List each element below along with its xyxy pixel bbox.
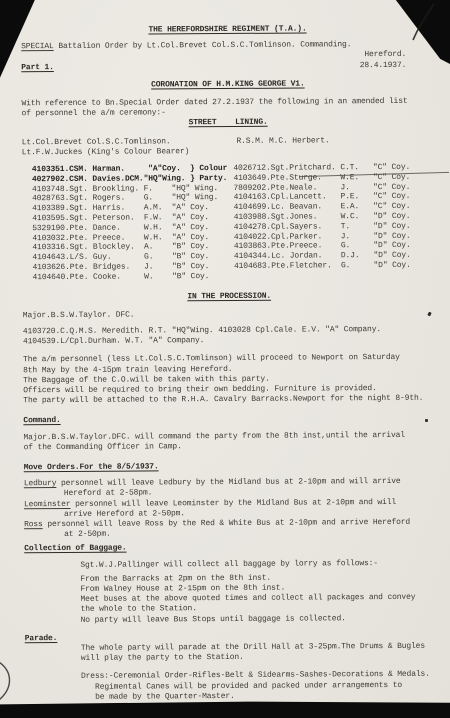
- parade-paragraph: The whole party will parade at the Drill…: [25, 642, 438, 665]
- command-paragraph: Major.B.S.W.Taylor.DFC. will command the…: [23, 430, 436, 453]
- roster-row: 4104640.Pte. Cooke. W. "B" Coy.: [33, 272, 235, 283]
- procession-line: 4104539.L/Cpl.Durham. W.T. "A" Company.: [23, 335, 436, 348]
- collection-heading: Collection of Baggage.: [24, 542, 437, 555]
- ink-speck: [425, 419, 428, 422]
- dress-paragraph: Dress:-Ceremonial Order-Rifles-Belt & Si…: [25, 670, 438, 703]
- move-order-text: personnel will leave Ross by the Red & W…: [43, 518, 410, 529]
- city-name: Leominster: [24, 500, 71, 509]
- typewritten-content: THE HEREFORDSHIRE REGIMENT (T.A.). SPECI…: [0, 0, 450, 703]
- procession-heading: IN THE PROCESSION.: [23, 290, 436, 303]
- street-lining-roster: 4103351.CSM. Harman. "A"Coy. } Colour 40…: [22, 163, 436, 283]
- move-order-entry-leominster: Leominster personnel will leave Leominst…: [24, 497, 437, 520]
- collection-intro: Sgt.W.J.Pallinger will collect all bagga…: [24, 558, 437, 571]
- pen-curve-bottomleft: [0, 660, 19, 702]
- date-label: 28.4.1937.: [360, 60, 407, 70]
- pen-squiggle-topright: [410, 2, 436, 42]
- movement-line: The party will be attached to the R.H.A.…: [23, 394, 436, 407]
- order-line-prefix: SPECIAL: [21, 42, 54, 51]
- roster-left-column: 4103351.CSM. Harman. "A"Coy. } Colour 40…: [32, 164, 234, 283]
- command-line: of the Commanding Officer in Camp.: [24, 441, 437, 454]
- rsm-name: R.S.M. M.C. Herbert.: [236, 136, 329, 147]
- subject-title: CORONATION OF H.M.KING GEORGE V1.: [21, 79, 434, 92]
- move-order-entry-ross: Ross personnel will leave Ross by the Re…: [24, 518, 437, 541]
- commander-name: Lt.Col.Brevet Col.S.C.Tomlinson.: [22, 137, 237, 149]
- move-order-text: personnel will leave Leominster by the M…: [70, 498, 396, 509]
- colour-bearer-name: Lt.F.W.Juckes (King's Colour Bearer): [22, 146, 435, 159]
- part-date-row: Part 1. 28.4.1937.: [21, 60, 434, 73]
- procession-commander: Major.B.S.W.Taylor. DFC.: [23, 309, 436, 322]
- move-orders-heading: Move Orders.For the 8/5/1937.: [24, 461, 437, 474]
- roster-right-column: 4026712.Sgt.Pritchard. C.T. "C" Coy. 410…: [233, 163, 435, 282]
- city-name: Ross: [24, 520, 43, 529]
- move-order-text: personnel will leave Ledbury by the Midl…: [56, 477, 400, 488]
- move-order-continuation: at 2-50pm.: [24, 528, 437, 541]
- street-lining-heading: STREET LINING.: [22, 117, 435, 130]
- collection-list: From the Barracks at 2pm on the 8th inst…: [24, 573, 437, 627]
- movement-paragraph: The a/m personnel (less Lt.Col.S.C.Tomli…: [23, 353, 436, 407]
- parade-line: will play the party to the Station.: [81, 652, 438, 664]
- dress-line: be made by the Quarter-Master.: [25, 691, 438, 704]
- document-page: THE HEREFORDSHIRE REGIMENT (T.A.). SPECI…: [0, 0, 450, 718]
- order-line-rest: Battalion Order by Lt.Col.Brevet Col.S.C…: [54, 40, 352, 51]
- intro-paragraph: With reference to Bn.Special Order dated…: [21, 97, 434, 120]
- move-order-entry-ledbury: Ledbury personnel will leave Ledbury by …: [24, 477, 437, 500]
- city-name: Ledbury: [24, 479, 57, 488]
- command-heading: Command.: [23, 414, 436, 427]
- part-label: Part 1.: [21, 63, 54, 73]
- regiment-title: THE HEREFORDSHIRE REGIMENT (T.A.).: [21, 24, 434, 37]
- collection-line: No party will leave Bus Stops until bagg…: [81, 613, 438, 625]
- roster-row: 4104683.Pte.Fletcher. G. "D" Coy.: [234, 261, 436, 272]
